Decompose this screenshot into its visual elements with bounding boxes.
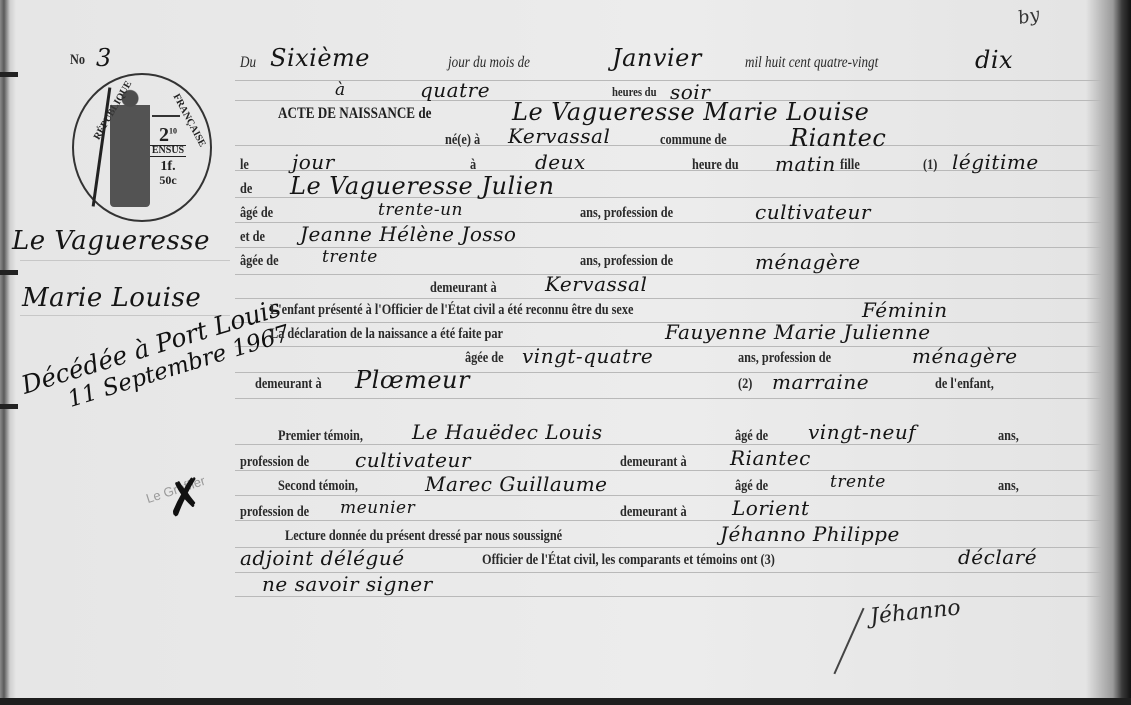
father-profession-label: ans, profession de (580, 205, 673, 222)
ruled-line (235, 495, 1101, 496)
jour-du-mois-label: jour du mois de (448, 54, 530, 72)
declarant-age-value: vingt-quatre (522, 344, 653, 368)
declarant-residence-label: demeurant à (255, 376, 322, 393)
first-witness-residence-label: demeurant à (620, 454, 687, 471)
footnote-1: (1) (923, 157, 937, 174)
du-label: Du (240, 54, 256, 72)
stamp-staff-icon (92, 87, 112, 206)
jour-value: jour (292, 150, 335, 174)
marianne-figure-icon (110, 89, 150, 207)
second-witness-residence-label: demeurant à (620, 504, 687, 521)
second-witness-name: Marec Guillaume (425, 472, 608, 496)
mother-age-label: âgée de (240, 253, 279, 270)
month-value: Janvier (612, 44, 702, 72)
first-witness-age: vingt-neuf (808, 420, 916, 444)
bottom-border (0, 698, 1131, 705)
acte-title: ACTE DE NAISSANCE de (278, 105, 431, 123)
father-age-value: trente-un (378, 200, 463, 220)
commune-value: Riantec (790, 124, 886, 152)
signing-statement: ne savoir signer (262, 572, 433, 596)
day-value: Sixième (270, 44, 370, 72)
child-name-value: Le Vagueresse Marie Louise (512, 98, 869, 126)
ruled-line (235, 398, 1101, 399)
declarant-age-label: âgée de (465, 350, 504, 367)
birth-place-value: Kervassal (508, 124, 610, 148)
footnote-2: (2) (738, 376, 752, 393)
declarant-profession-label: ans, profession de (738, 350, 831, 367)
first-witness-label: Premier témoin, (278, 428, 363, 445)
officer-title: adjoint délégué (240, 546, 405, 570)
heure-du-label: heure du (692, 157, 739, 174)
second-witness-label: Second témoin, (278, 478, 358, 495)
folio-number: by (1016, 4, 1042, 29)
parents-residence-label: demeurant à (430, 280, 497, 297)
act-number: 3 (96, 44, 112, 72)
mother-profession-label: ans, profession de (580, 253, 673, 270)
declarant-residence-value: Plœmeur (355, 366, 470, 394)
margin-line (20, 260, 230, 261)
declarant-name-value: Fauyenne Marie Julienne (665, 320, 931, 344)
father-name-value: Le Vagueresse Julien (290, 172, 554, 200)
reading-statement: Lecture donnée du présent dressé par nou… (285, 528, 562, 545)
second-witness-age: trente (830, 472, 886, 492)
mother-age-value: trente (322, 247, 378, 267)
scales-of-justice-icon (152, 97, 180, 117)
stamp-value: 210 ENSUS 1f. 50c (150, 125, 186, 186)
ruled-line (235, 596, 1101, 597)
first-witness-residence: Riantec (730, 446, 811, 470)
de-label: de (240, 181, 252, 198)
ruled-line (235, 298, 1101, 299)
stamp-value-digit: 2 (159, 124, 169, 146)
father-profession-value: cultivateur (755, 200, 871, 224)
mother-profession-value: ménagère (755, 250, 861, 274)
margin-name-line1: Le Vagueresse (12, 226, 210, 256)
declarant-relation-value: marraine (772, 370, 869, 394)
declaration-statement: La déclaration de la naissance a été fai… (270, 326, 503, 343)
binding-mark (0, 404, 18, 409)
officer-signature: Jéhanno (869, 595, 962, 629)
father-age-label: âgé de (240, 205, 273, 222)
stamp-value-bottom: 1f. (150, 160, 186, 174)
binding-mark (0, 270, 18, 275)
first-witness-age-label: âgé de (735, 428, 768, 445)
second-witness-age-label: âgé de (735, 478, 768, 495)
de-enfant-label: de l'enfant, (935, 376, 994, 393)
period2-value: matin (775, 152, 836, 176)
parents-residence-value: Kervassal (545, 272, 647, 296)
second-witness-residence: Lorient (732, 496, 810, 520)
ruled-line (235, 80, 1101, 81)
declared-value: déclaré (958, 545, 1037, 569)
officer-statement: Officier de l'État civil, les comparants… (482, 552, 775, 569)
birth-hour2-value: deux (535, 150, 586, 174)
sex-value: Féminin (862, 298, 948, 322)
stamp-value-sup: 10 (169, 126, 177, 135)
first-witness-profession: cultivateur (355, 448, 471, 472)
binding-mark (0, 72, 18, 77)
first-witness-profession-label: profession de (240, 454, 309, 471)
ruled-line (235, 274, 1101, 275)
ruled-line (235, 444, 1101, 445)
document-page: by No 3 RÉPUBLIQUE FRANÇAISE 210 ENSUS 1… (0, 0, 1131, 698)
officer-name: Jéhanno Philippe (720, 522, 900, 546)
fille-label: fille (840, 157, 860, 174)
first-witness-ans: ans, (998, 428, 1019, 445)
hour-prefix: à (335, 80, 346, 100)
first-witness-name: Le Hauëdec Louis (412, 420, 603, 444)
le-label: le (240, 157, 249, 174)
margin-name-line2: Marie Louise (22, 283, 201, 313)
stamp-value-top: 210 (150, 125, 186, 145)
second-witness-profession-label: profession de (240, 504, 309, 521)
et-de-label: et de (240, 229, 265, 246)
year-print-label: mil huit cent quatre-vingt (745, 54, 878, 72)
year-value: dix (975, 46, 1013, 74)
second-witness-profession: meunier (340, 498, 415, 518)
legitimacy-value: légitime (952, 150, 1039, 174)
sex-statement: L'enfant présenté à l'Officier de l'État… (270, 302, 633, 319)
revenue-stamp: RÉPUBLIQUE FRANÇAISE 210 ENSUS 1f. 50c (72, 73, 212, 222)
birth-hour-value: quatre (420, 78, 490, 102)
mother-name-value: Jeanne Hélène Josso (300, 222, 516, 246)
act-number-prefix: No (70, 52, 85, 68)
commune-label: commune de (660, 132, 727, 149)
stamp-value-mid: ENSUS (150, 145, 186, 157)
act-number-label: No (70, 52, 85, 69)
signature-flourish (833, 608, 864, 675)
second-witness-ans: ans, (998, 478, 1019, 495)
stamp-value-cents: 50c (150, 174, 186, 186)
declarant-profession-value: ménagère (912, 344, 1018, 368)
nee-a-label: né(e) à (445, 132, 480, 149)
